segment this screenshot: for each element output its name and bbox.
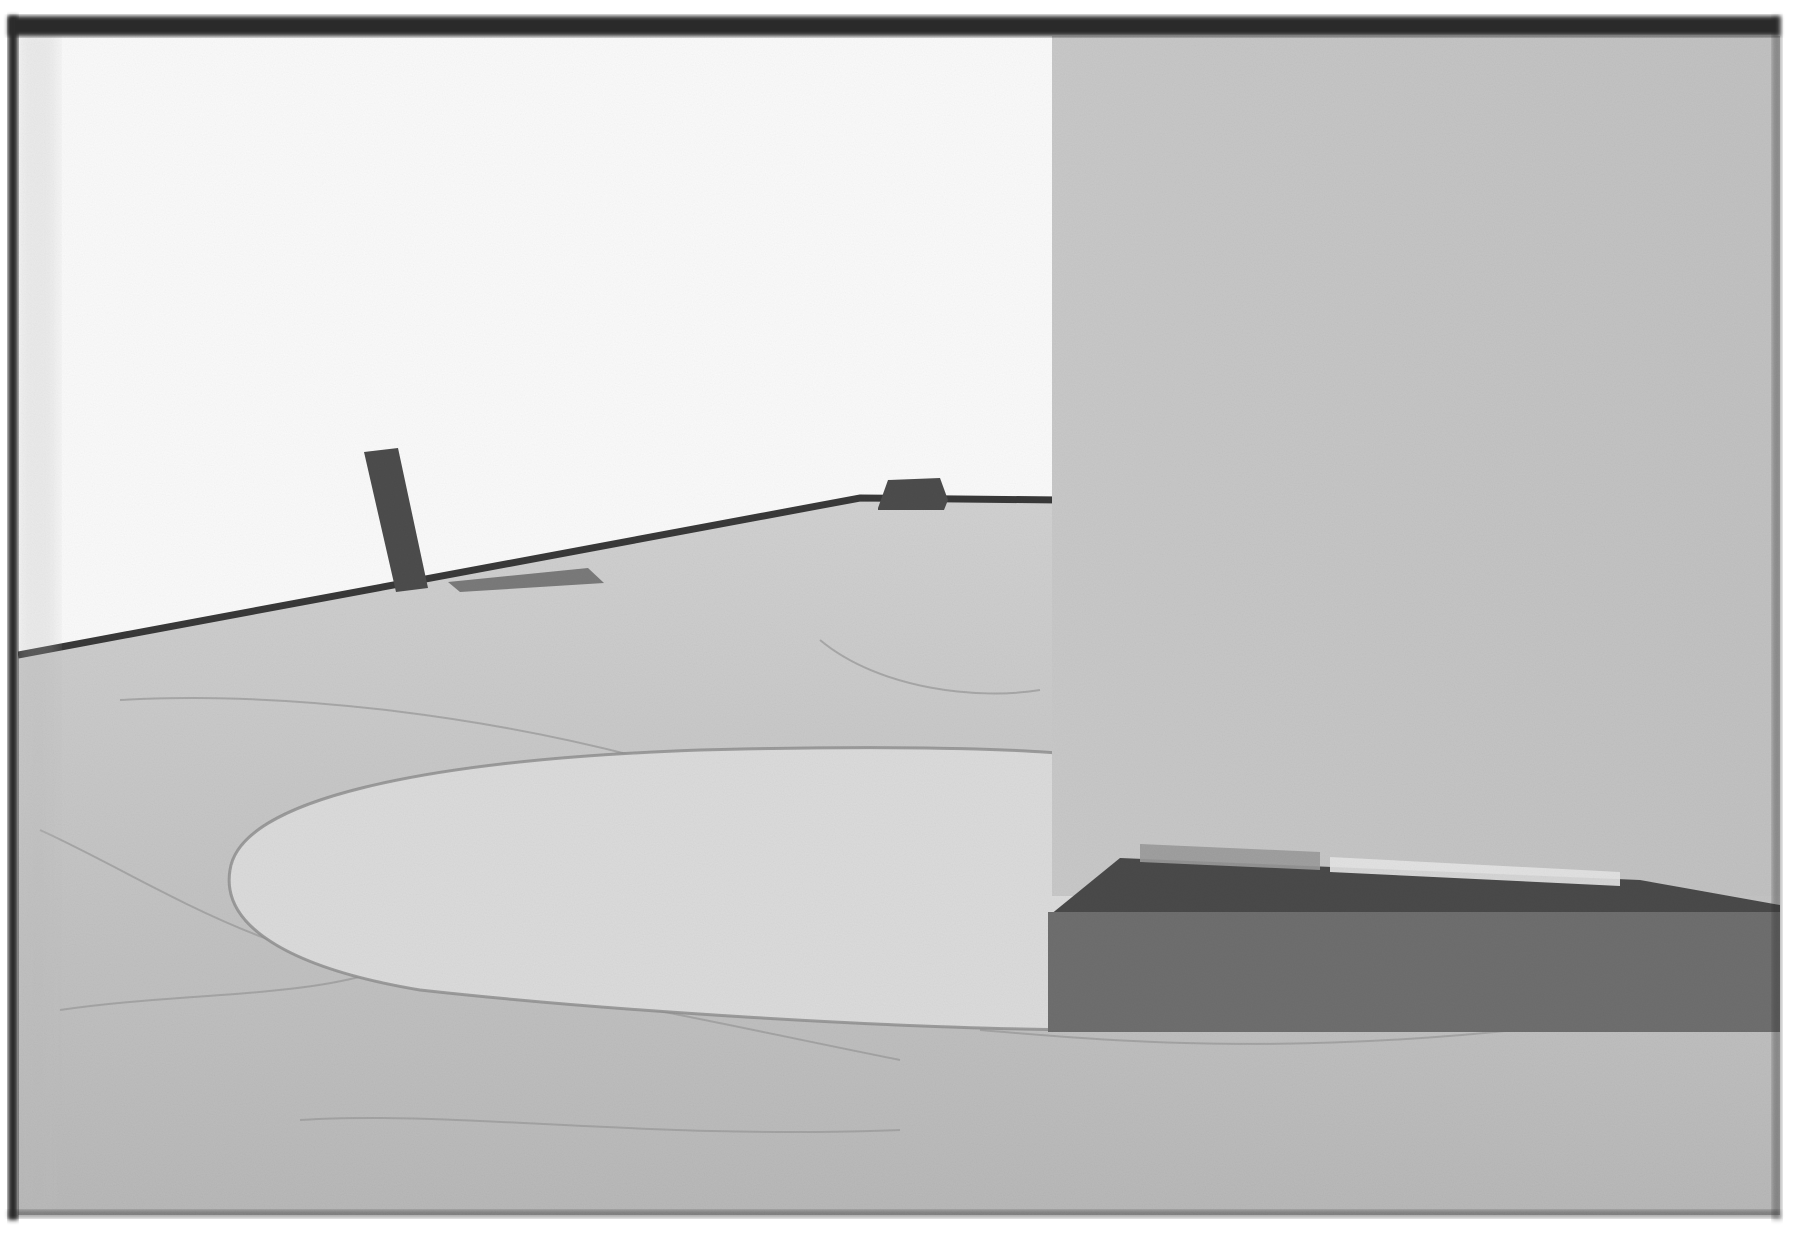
corner-object bbox=[878, 478, 948, 510]
grey-block bbox=[1052, 36, 1780, 896]
gallery-scene bbox=[0, 0, 1804, 1236]
block-base-front bbox=[1048, 912, 1780, 1032]
photograph bbox=[0, 0, 1804, 1236]
